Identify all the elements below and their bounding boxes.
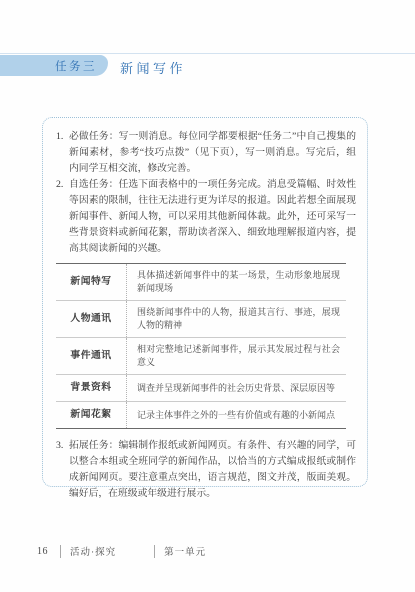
task-item-1: 1. 必做任务：写一则消息。每位同学都要根据“任务二”中自己搜集的新闻素材，参考… xyxy=(56,129,356,177)
page-number: 16 xyxy=(37,546,48,557)
genre-description: 记录主体事件之外的一些有价值或有趣的小新闻点 xyxy=(127,402,347,429)
task-number: 2. xyxy=(56,177,69,257)
table-row: 人物通讯 围绕新闻事件中的人物，报道其言行、事迹，展现人物的精神 xyxy=(56,301,346,338)
genre-label: 背景资料 xyxy=(56,375,127,402)
task-text: 自选任务：任选下面表格中的一项任务完成。消息受篇幅、时效性等因素的限制，往往无法… xyxy=(69,177,356,257)
genre-description: 围绕新闻事件中的人物，报道其言行、事迹，展现人物的精神 xyxy=(127,301,347,338)
table-row: 事件通讯 相对完整地记述新闻事件，展示其发展过程与社会意义 xyxy=(56,338,346,375)
table-row: 背景资料 调查并呈现新闻事件的社会历史背景、深层原因等 xyxy=(56,375,346,402)
header-rule xyxy=(0,53,415,54)
book-series-title: 活动·探究 xyxy=(70,544,116,558)
page-footer: 16 活动·探究 第一单元 xyxy=(37,544,206,558)
genre-description: 具体描述新闻事件中的某一场景，生动形象地展现新闻现场 xyxy=(127,264,347,301)
genre-label: 新闻花絮 xyxy=(56,402,127,429)
genre-label: 新闻特写 xyxy=(56,264,127,301)
task-item-2: 2. 自选任务：任选下面表格中的一项任务完成。消息受篇幅、时效性等因素的限制，往… xyxy=(56,177,356,257)
task-badge-label: 任务三 xyxy=(55,58,97,74)
textbook-page: 任务三 新闻写作 1. 必做任务：写一则消息。每位同学都要根据“任务二”中自己搜… xyxy=(0,0,415,592)
unit-title: 第一单元 xyxy=(164,544,206,558)
genre-description: 调查并呈现新闻事件的社会历史背景、深层原因等 xyxy=(127,375,347,402)
genre-label: 人物通讯 xyxy=(56,301,127,338)
task-list-box: 1. 必做任务：写一则消息。每位同学都要根据“任务二”中自己搜集的新闻素材，参考… xyxy=(42,117,368,487)
task-badge: 任务三 xyxy=(0,55,108,76)
task-number: 1. xyxy=(56,129,69,177)
task-text: 拓展任务：编辑制作报纸或新闻网页。有条件、有兴趣的同学，可以整合本组或全班同学的… xyxy=(69,438,356,502)
footer-divider xyxy=(60,545,61,558)
page-title: 新闻写作 xyxy=(120,58,186,77)
table-row: 新闻特写 具体描述新闻事件中的某一场景，生动形象地展现新闻现场 xyxy=(56,264,346,301)
table-row: 新闻花絮 记录主体事件之外的一些有价值或有趣的小新闻点 xyxy=(56,402,346,429)
news-genre-table: 新闻特写 具体描述新闻事件中的某一场景，生动形象地展现新闻现场 人物通讯 围绕新… xyxy=(56,263,346,429)
task-item-3: 3. 拓展任务：编辑制作报纸或新闻网页。有条件、有兴趣的同学，可以整合本组或全班… xyxy=(56,438,356,502)
footer-divider xyxy=(154,545,155,558)
genre-label: 事件通讯 xyxy=(56,338,127,375)
task-number: 3. xyxy=(56,438,69,502)
genre-description: 相对完整地记述新闻事件，展示其发展过程与社会意义 xyxy=(127,338,347,375)
task-text: 必做任务：写一则消息。每位同学都要根据“任务二”中自己搜集的新闻素材，参考“技巧… xyxy=(69,129,356,177)
